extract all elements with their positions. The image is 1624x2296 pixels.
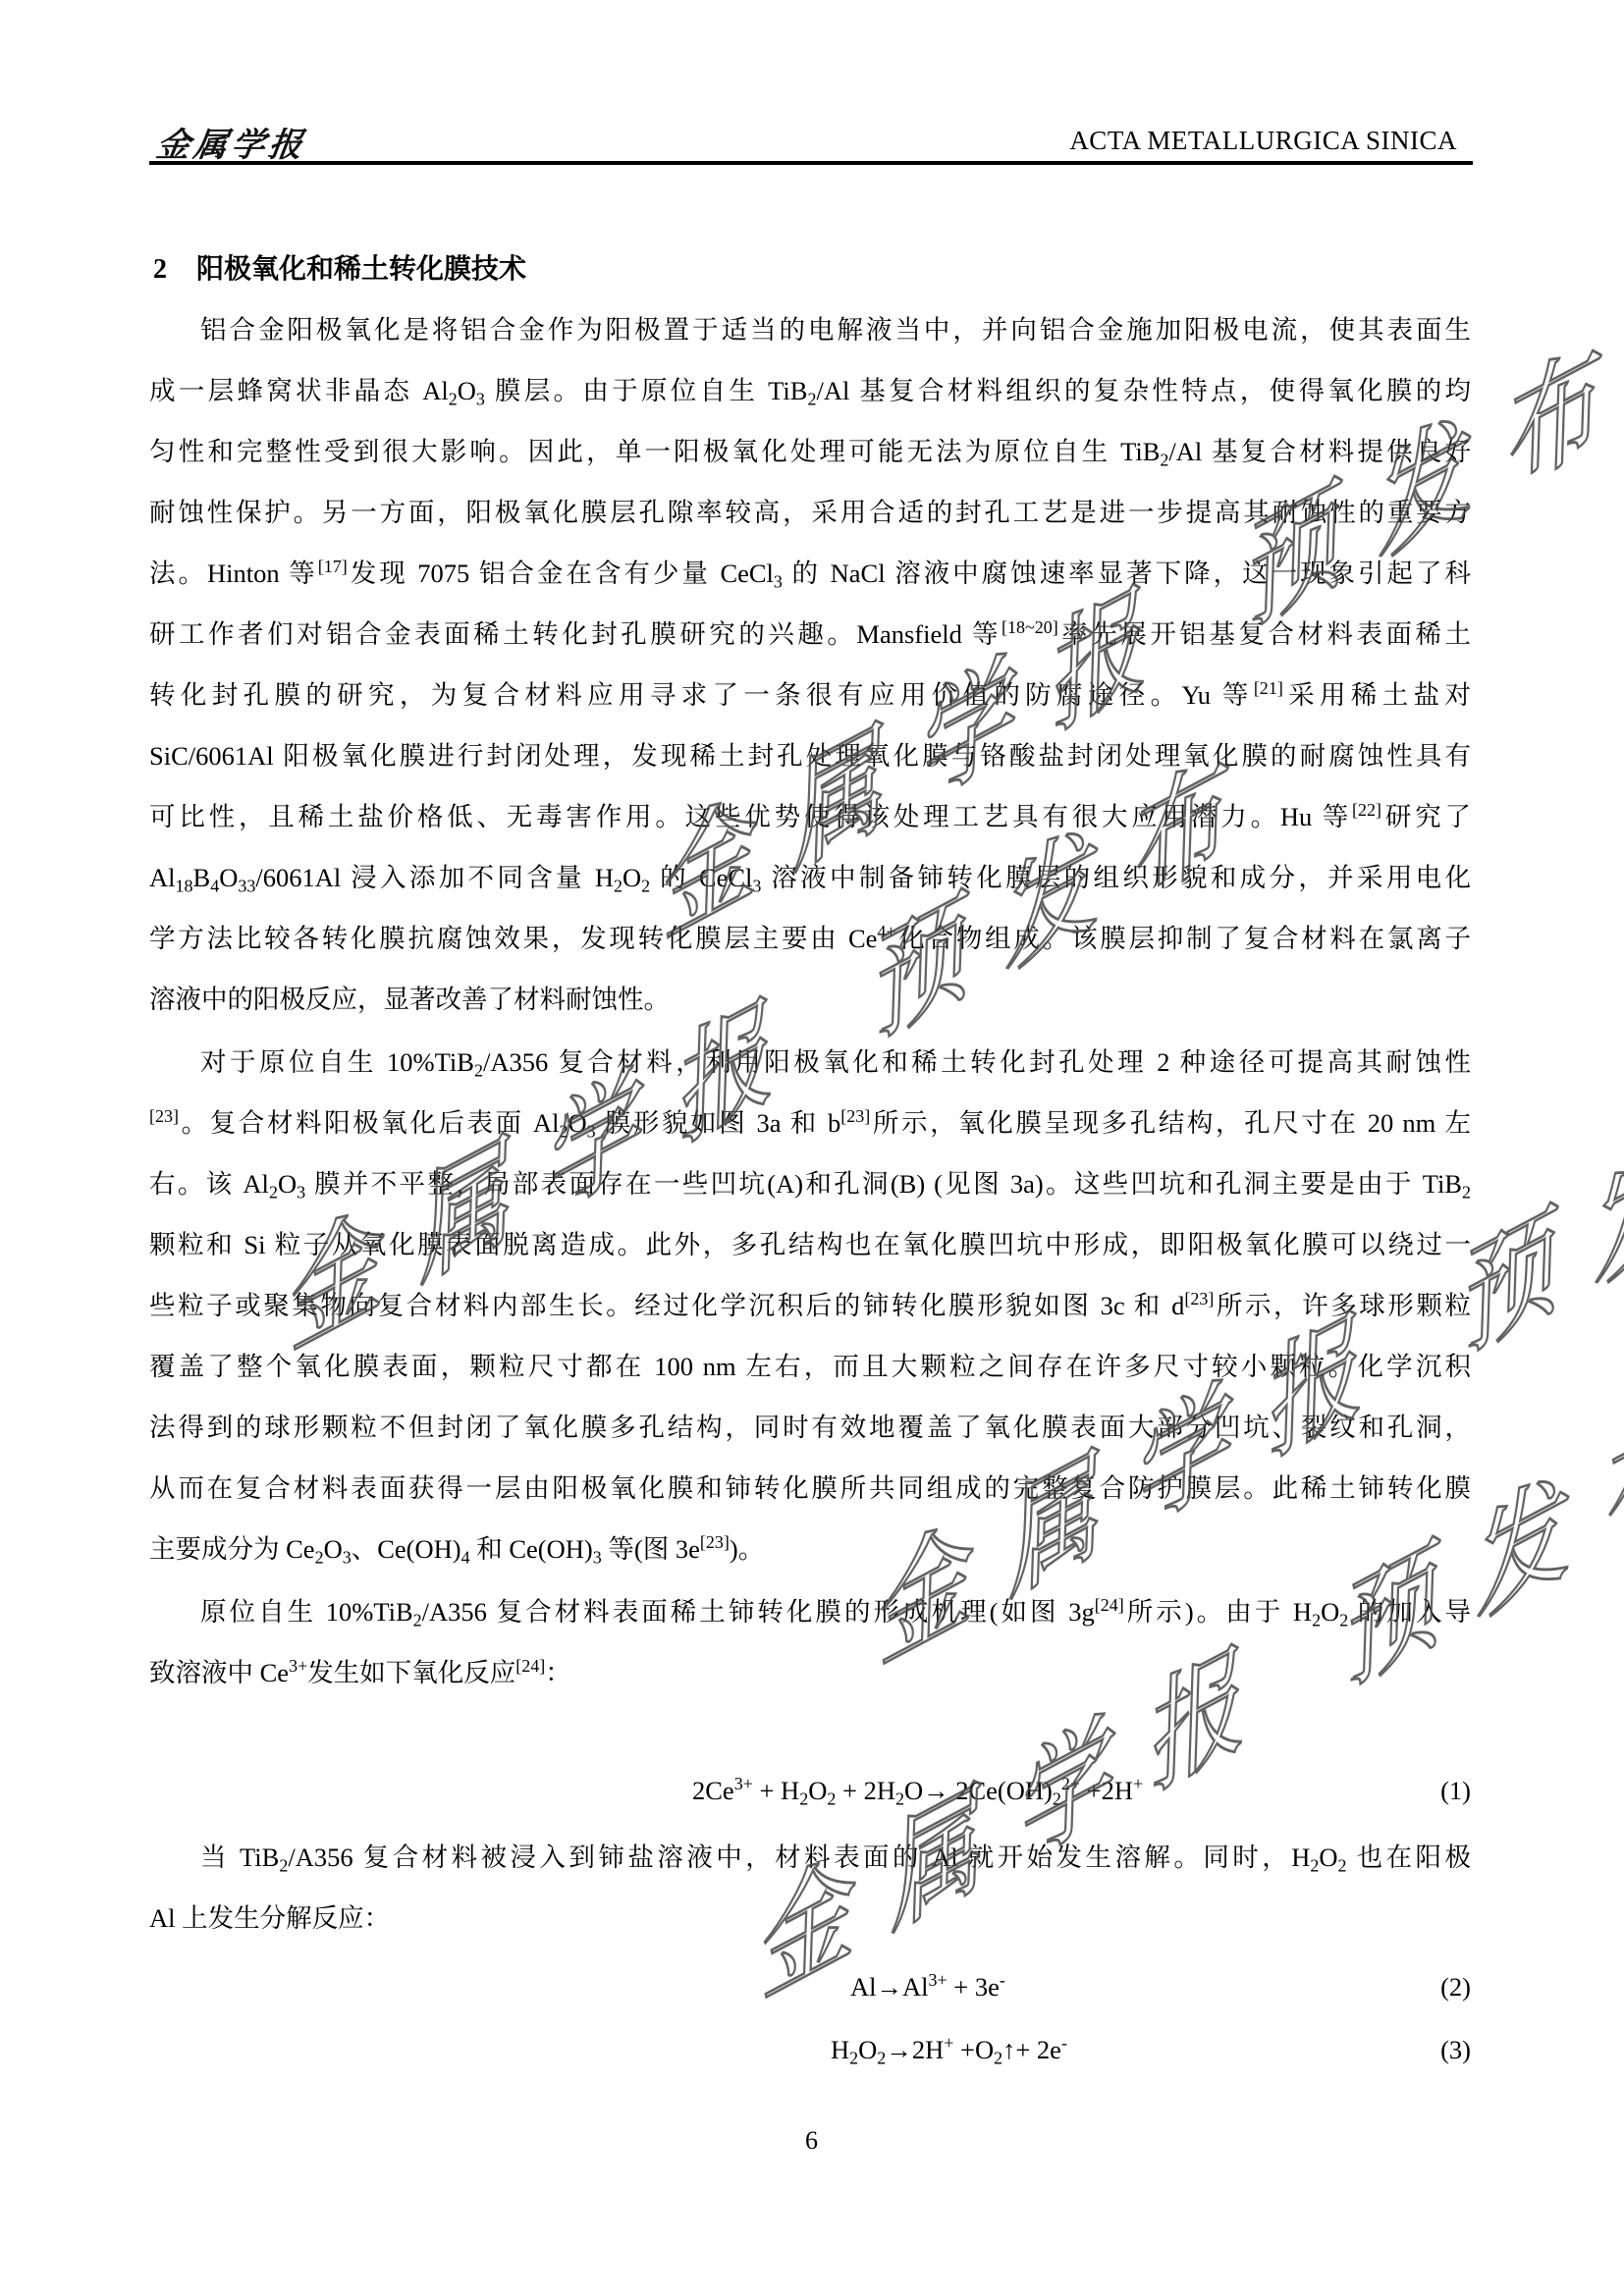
body-line: Al18B4O33/6061Al 浸入添加不同含量 H2O2 的 CeCl3 溶…: [149, 860, 1471, 895]
body-line: 主要成分为 Ce2O3、Ce(OH)4 和 Ce(OH)3 等(图 3e[23]…: [149, 1531, 1471, 1567]
body-line: 法。Hinton 等[17]发现 7075 铝合金在含有少量 CeCl3 的 N…: [149, 556, 1471, 591]
section-number: 2: [153, 254, 167, 285]
body-line: 致溶液中 Ce3+发生如下氧化反应[24]：: [149, 1655, 1471, 1690]
body-line: 些粒子或聚集物向复合材料内部生长。经过化学沉积后的铈转化膜形貌如图 3c 和 d…: [149, 1288, 1471, 1323]
section-title: 阳极氧化和稀土转化膜技术: [196, 252, 526, 285]
equation-3: H2O2→2H+ +O2↑+ 2e-: [831, 2032, 1067, 2067]
equation-2: Al→Al3+ + 3e-: [850, 1969, 1005, 2004]
body-line: 覆盖了整个氧化膜表面，颗粒尺寸都在 100 nm 左右，而且大颗粒之间存在许多尺…: [149, 1349, 1471, 1384]
body-line: 铝合金阳极氧化是将铝合金作为阳极置于适当的电解液当中，并向铝合金施加阳极电流，使…: [200, 312, 1471, 347]
journal-title-en: ACTA METALLURGICA SINICA: [1069, 126, 1457, 156]
equation-number-3: (3): [1440, 2032, 1471, 2067]
body-line: 法得到的球形颗粒不但封闭了氧化膜多孔结构，同时有效地覆盖了氧化膜表面大部分凹坑、…: [149, 1410, 1471, 1445]
header-rule: [149, 161, 1473, 165]
section-heading: 2阳极氧化和稀土转化膜技术: [153, 247, 526, 287]
body-line: [23]。复合材料阳极氧化后表面 Al2O3 膜形貌如图 3a 和 b[23]所…: [149, 1105, 1471, 1141]
body-line: 右。该 Al2O3 膜并不平整，局部表面存在一些凹坑(A)和孔洞(B) (见图 …: [149, 1166, 1471, 1201]
body-line: SiC/6061Al 阳极氧化膜进行封闭处理，发现稀土封孔处理氧化膜与铬酸盐封闭…: [149, 738, 1471, 774]
body-line: 可比性，且稀土盐价格低、无毒害作用。这些优势使得该处理工艺具有很大应用潜力。Hu…: [149, 799, 1471, 834]
body-line: 学方法比较各转化膜抗腐蚀效果，发现转化膜层主要由 Ce4+化合物组成。该膜层抑制…: [149, 921, 1471, 956]
body-line: 从而在复合材料表面获得一层由阳极氧化膜和铈转化膜所共同组成的完整复合防护膜层。此…: [149, 1470, 1471, 1506]
body-line: 当 TiB2/A356 复合材料被浸入到铈盐溶液中，材料表面的 Al 就开始发生…: [200, 1840, 1471, 1875]
equation-number-1: (1): [1440, 1773, 1471, 1808]
body-line: 原位自生 10%TiB2/A356 复合材料表面稀土铈转化膜的形成机理(如图 3…: [200, 1594, 1471, 1629]
body-line: 研工作者们对铝合金表面稀土转化封孔膜研究的兴趣。Mansfield 等[18~2…: [149, 616, 1471, 652]
body-line: 匀性和完整性受到很大影响。因此，单一阳极氧化处理可能无法为原位自生 TiB2/A…: [149, 434, 1471, 469]
body-line: 溶液中的阳极反应，显著改善了材料耐蚀性。: [149, 982, 1471, 1017]
page-number: 6: [805, 2126, 818, 2156]
equation-1: 2Ce3+ + H2O2 + 2H2O→ 2Ce(OH)22+ +2H+: [692, 1773, 1143, 1808]
body-line: Al 上发生分解反应：: [149, 1900, 1471, 1936]
body-line: 成一层蜂窝状非晶态 Al2O3 膜层。由于原位自生 TiB2/Al 基复合材料组…: [149, 373, 1471, 408]
body-line: 对于原位自生 10%TiB2/A356 复合材料，利用阳极氧化和稀土转化封孔处理…: [200, 1044, 1471, 1080]
body-line: 颗粒和 Si 粒子从氧化膜表面脱离造成。此外，多孔结构也在氧化膜凹坑中形成，即阳…: [149, 1227, 1471, 1262]
equation-number-2: (2): [1440, 1969, 1471, 2004]
body-line: 转化封孔膜的研究，为复合材料应用寻求了一条很有应用价值的防腐途径。Yu 等[21…: [149, 677, 1471, 713]
body-line: 耐蚀性保护。另一方面，阳极氧化膜层孔隙率较高，采用合适的封孔工艺是进一步提高其耐…: [149, 495, 1471, 530]
journal-logo-cn: 金属学报: [154, 118, 310, 166]
